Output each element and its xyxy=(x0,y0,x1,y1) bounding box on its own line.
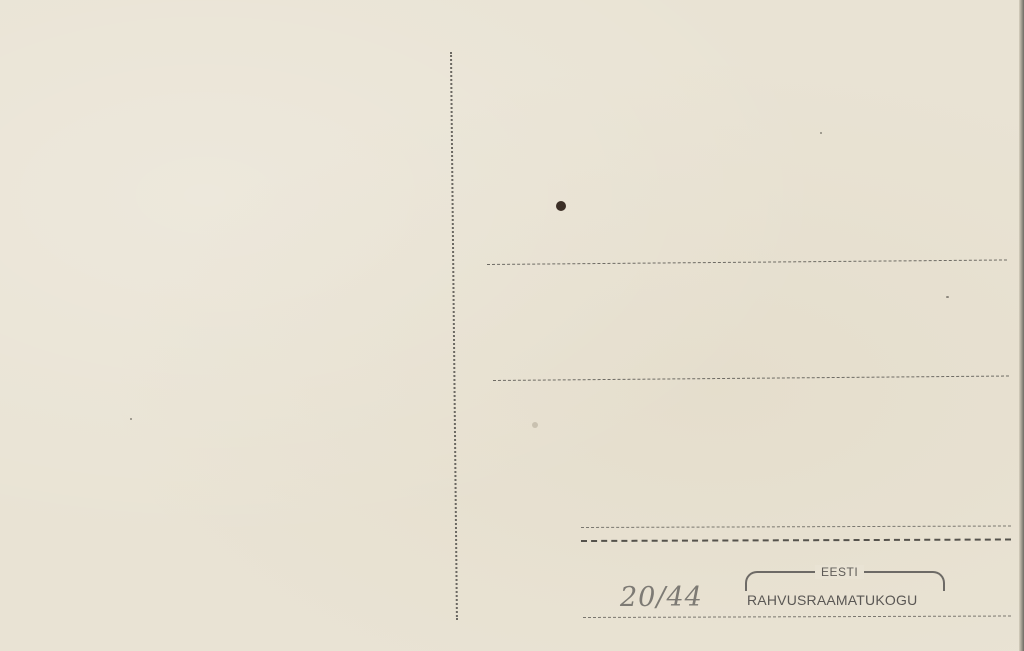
postcard-back: 20/44 EESTI RAHVUSRAAMATUKOGU xyxy=(0,0,1024,651)
address-line-5 xyxy=(583,616,1011,618)
scan-edge xyxy=(1019,0,1024,651)
ink-spot xyxy=(556,201,566,211)
handwritten-catalog-number: 20/44 xyxy=(620,582,703,613)
stamp-line-2: RAHVUSRAAMATUKOGU xyxy=(747,592,917,608)
paper-speck xyxy=(946,296,949,298)
address-line-4 xyxy=(581,538,1011,542)
paper-speck xyxy=(820,132,822,134)
address-line-3 xyxy=(581,525,1011,528)
paper-speck xyxy=(130,418,132,420)
address-line-2 xyxy=(493,375,1009,381)
stamp-line-1: EESTI xyxy=(815,565,864,579)
center-divider-line xyxy=(450,52,458,620)
address-line-1 xyxy=(487,259,1007,265)
paper-speck xyxy=(532,422,538,428)
library-stamp: EESTI RAHVUSRAAMATUKOGU xyxy=(745,565,945,611)
